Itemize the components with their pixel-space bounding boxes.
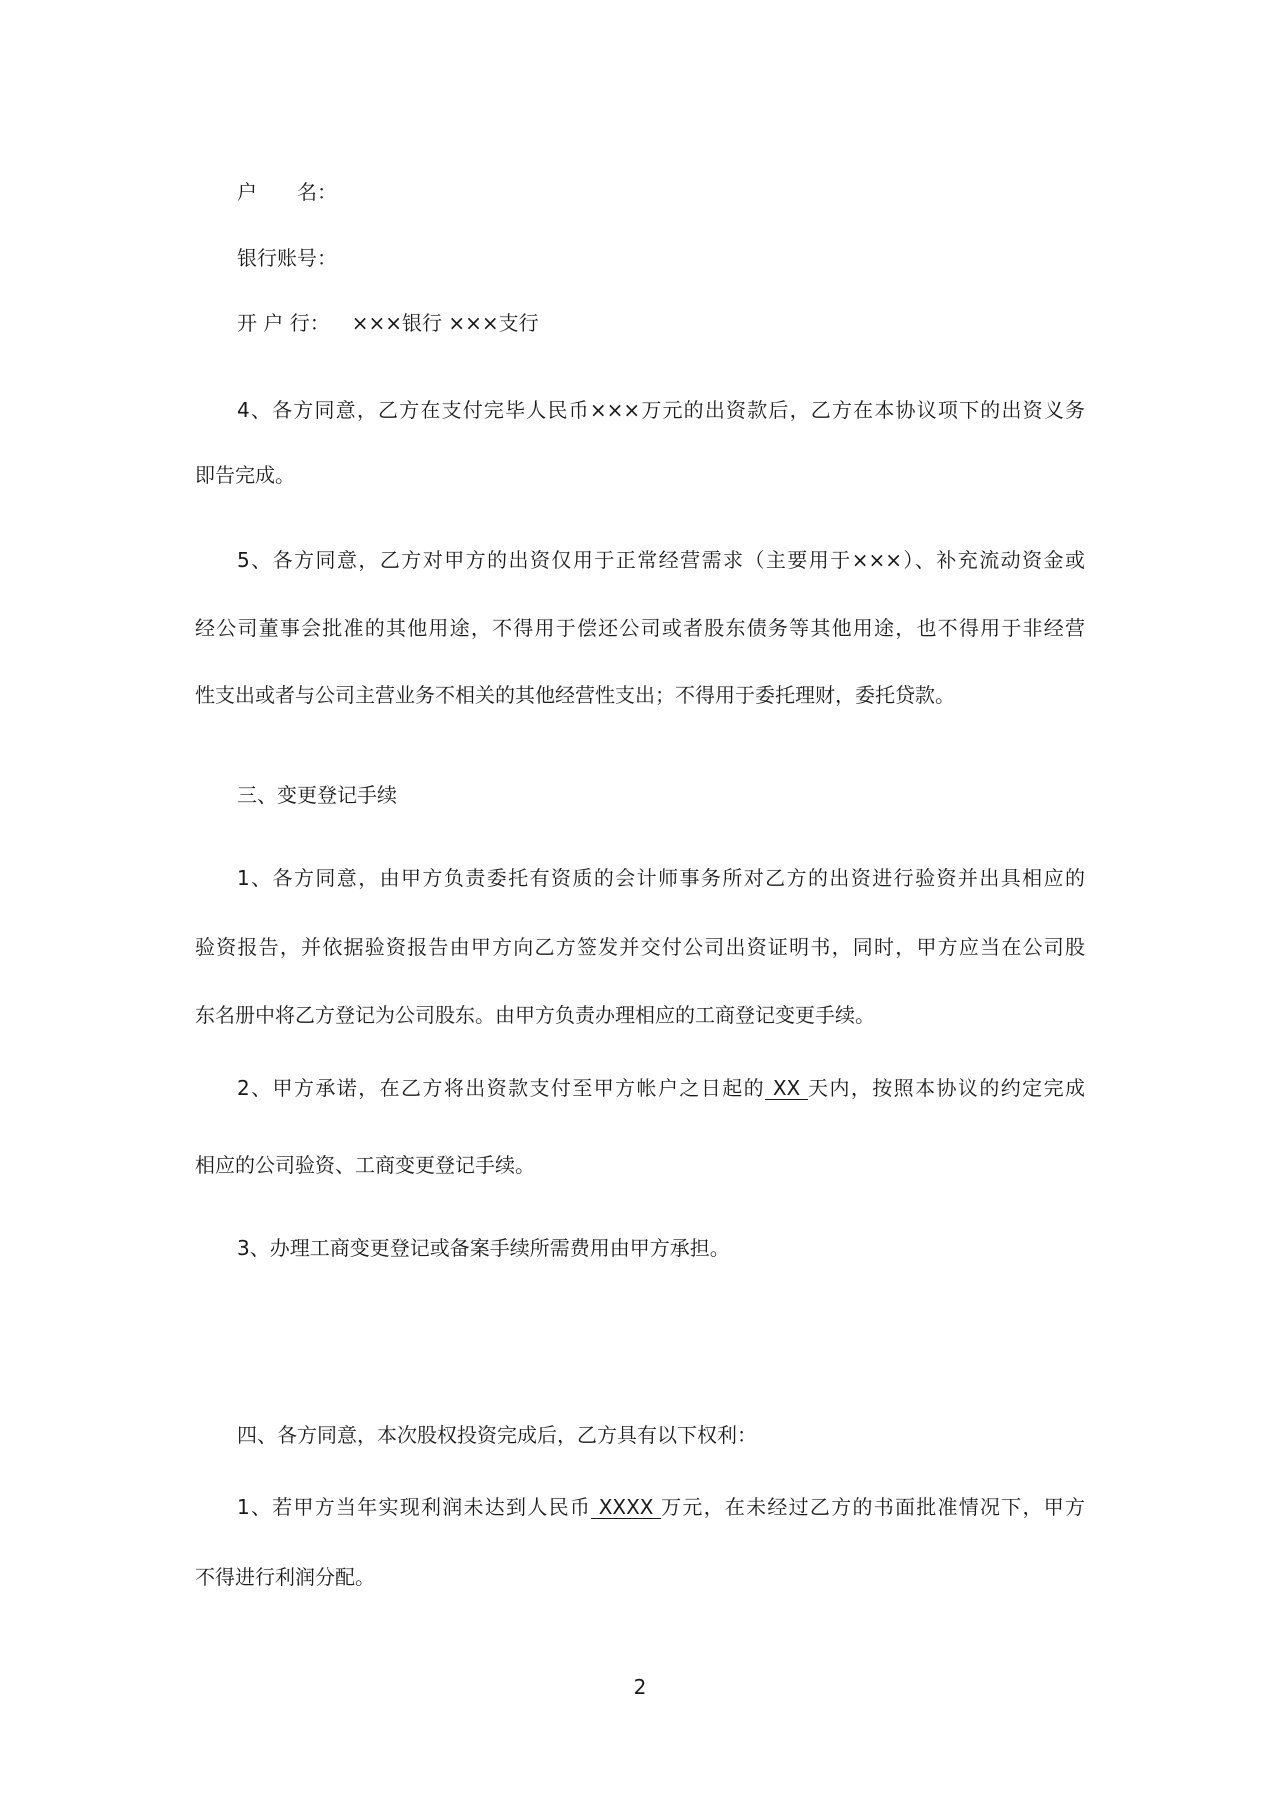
section-3-item-3-line-1: 3、办理工商变更登记或备案手续所需费用由甲方承担。 <box>237 1233 1085 1263</box>
account-number-label: 银行账号： <box>237 243 337 273</box>
bank-branch-value: ×××银行 ×××支行 <box>352 308 539 338</box>
item-2-text-before: 2、甲方承诺，在乙方将出资款支付至甲方帐户之日起的 <box>237 1076 765 1100</box>
section-4-item-1-line-2: 不得进行利润分配。 <box>195 1562 1085 1592</box>
clause-5-line-1: 5、各方同意，乙方对甲方的出资仅用于正常经营需求（主要用于×××）、补充流动资金… <box>237 545 1085 575</box>
profit-amount-blank-field: XXXX <box>591 1495 661 1519</box>
account-name-row: 户 名： <box>237 177 1085 207</box>
page-number: 2 <box>620 1672 660 1702</box>
section-4-heading: 四、各方同意，本次股权投资完成后，乙方具有以下权利： <box>237 1420 1085 1450</box>
section-3-item-2-line-1: 2、甲方承诺，在乙方将出资款支付至甲方帐户之日起的 XX 天内，按照本协议的约定… <box>237 1073 1085 1103</box>
clause-5-line-2: 经公司董事会批准的其他用途，不得用于偿还公司或者股东债务等其他用途，也不得用于非… <box>195 613 1085 643</box>
section-3-item-1-line-3: 东名册中将乙方登记为公司股东。由甲方负责办理相应的工商登记变更手续。 <box>195 1000 1085 1030</box>
clause-5-line-3: 性支出或者与公司主营业务不相关的其他经营性支出；不得用于委托理财，委托贷款。 <box>195 680 1085 710</box>
account-name-label: 户 名： <box>237 177 337 207</box>
days-blank-field: XX <box>765 1076 808 1100</box>
bank-branch-row: 开 户 行：×××银行 ×××支行 <box>237 308 1085 338</box>
clause-4-line-2: 即告完成。 <box>195 460 1085 490</box>
section-4-item-1-line-1: 1、若甲方当年实现利润未达到人民币 XXXX 万元，在未经过乙方的书面批准情况下… <box>237 1492 1085 1522</box>
item-1-text-before: 1、若甲方当年实现利润未达到人民币 <box>237 1495 591 1519</box>
bank-branch-label: 开 户 行： <box>237 308 330 338</box>
section-3-item-1-line-1: 1、各方同意，由甲方负责委托有资质的会计师事务所对乙方的出资进行验资并出具相应的 <box>237 863 1085 893</box>
section-3-item-1-line-2: 验资报告，并依据验资报告由甲方向乙方签发并交付公司出资证明书，同时，甲方应当在公… <box>195 932 1085 962</box>
clause-4-line-1: 4、各方同意，乙方在支付完毕人民币×××万元的出资款后，乙方在本协议项下的出资义… <box>237 395 1085 425</box>
account-number-row: 银行账号： <box>237 243 1085 273</box>
section-3-item-2-line-2: 相应的公司验资、工商变更登记手续。 <box>195 1150 1085 1180</box>
item-2-text-after: 天内，按照本协议的约定完成 <box>808 1076 1085 1100</box>
item-1-text-after: 万元，在未经过乙方的书面批准情况下，甲方 <box>661 1495 1085 1519</box>
document-page: 户 名： 银行账号： 开 户 行：×××银行 ×××支行 4、各方同意，乙方在支… <box>0 0 1280 1810</box>
section-3-heading: 三、变更登记手续 <box>237 780 1085 810</box>
